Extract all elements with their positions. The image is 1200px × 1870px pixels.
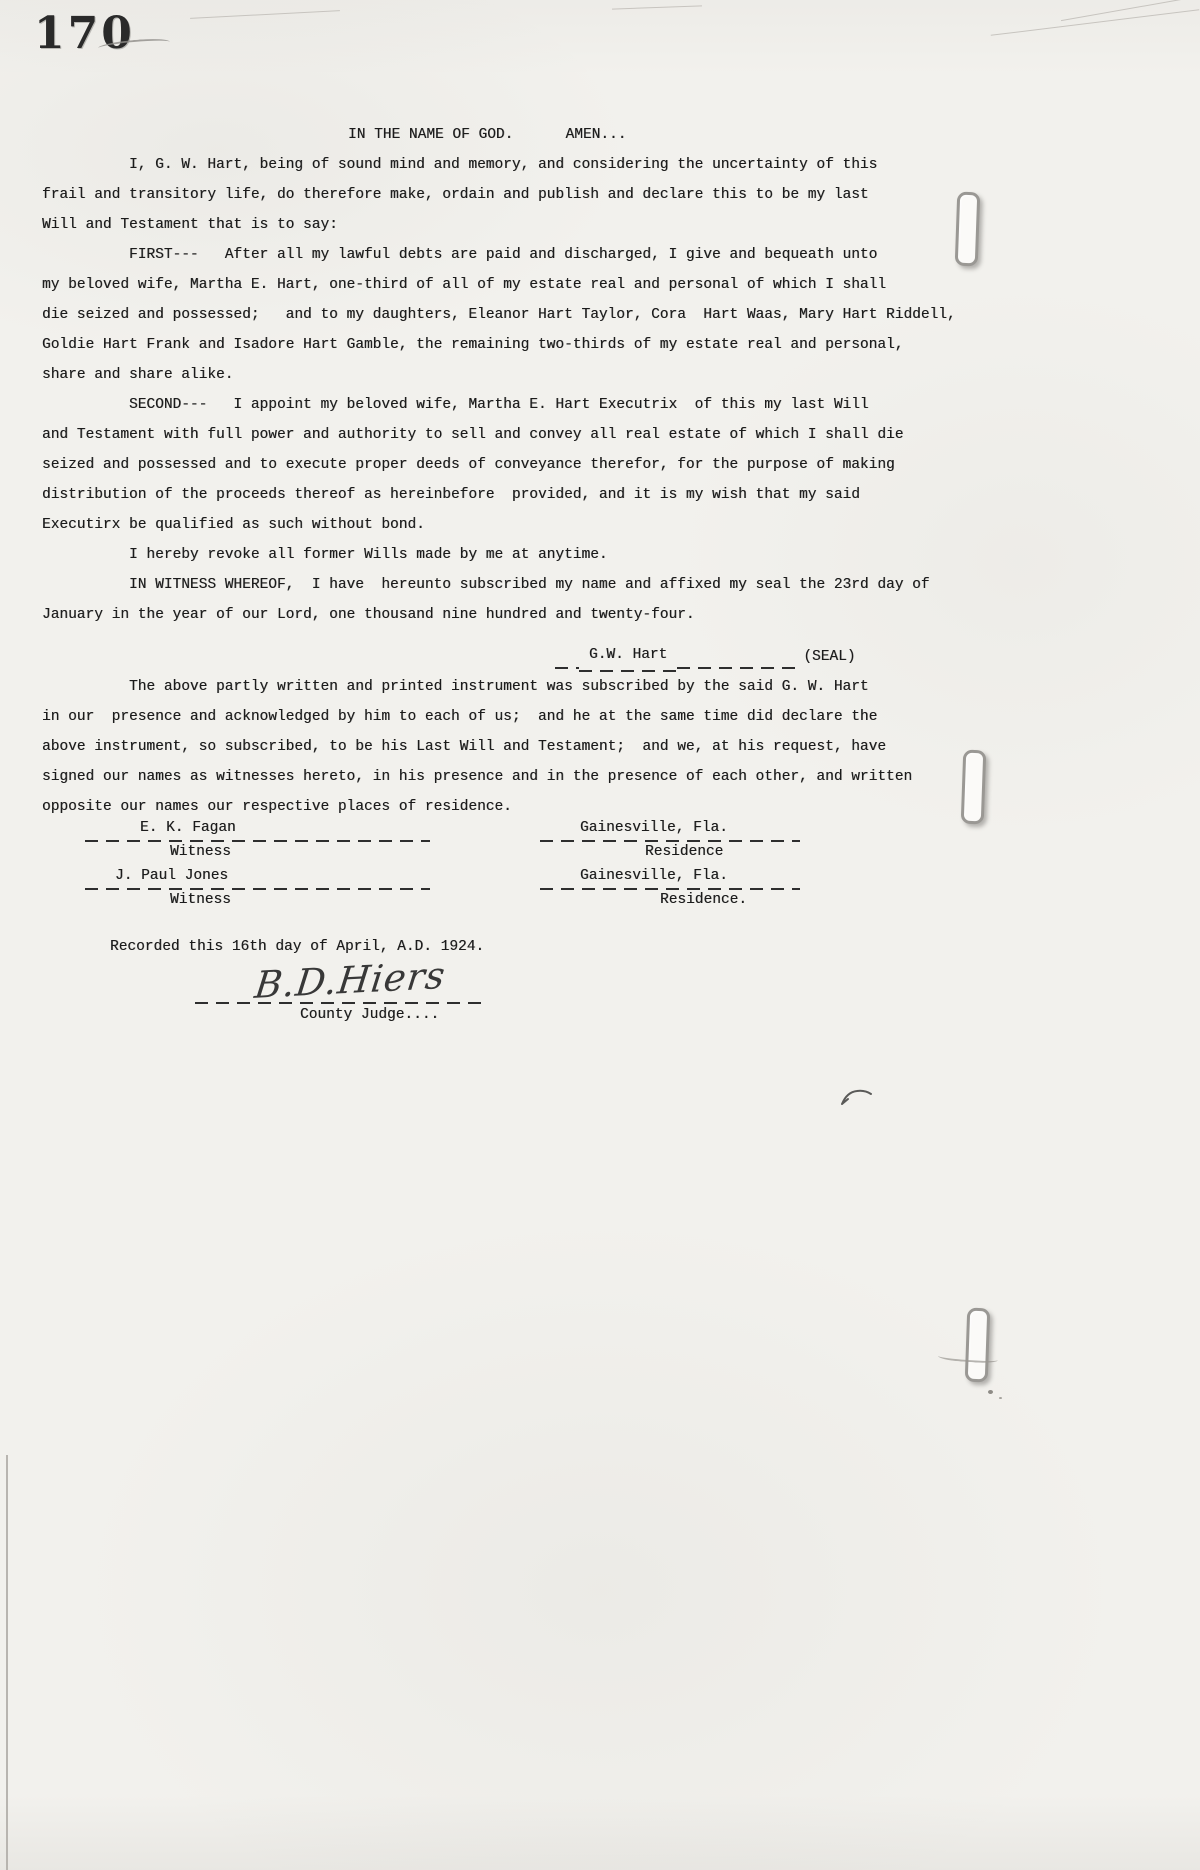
- text-line: my beloved wife, Martha E. Hart, one-thi…: [42, 270, 980, 300]
- scan-specks: [988, 1390, 993, 1394]
- residence-label: Residence: [540, 842, 800, 862]
- pen-check-mark: [840, 1088, 874, 1113]
- text-line: seized and possessed and to execute prop…: [42, 450, 980, 480]
- text-line: SECOND--- I appoint my beloved wife, Mar…: [42, 390, 980, 420]
- page-number: 170: [34, 8, 135, 59]
- text-line: above instrument, so subscribed, to be h…: [42, 732, 980, 762]
- seal-label: (SEAL): [803, 642, 855, 672]
- witness-row: J. Paul Jones Witness Gainesville, Fla. …: [42, 864, 980, 910]
- text-line: distribution of the proceeds thereof as …: [42, 480, 980, 510]
- recording-block: Recorded this 16th day of April, A.D. 19…: [42, 932, 980, 1026]
- paragraph: I, G. W. Hart, being of sound mind and m…: [42, 150, 980, 240]
- paragraphs-after-seal: The above partly written and printed ins…: [42, 672, 980, 822]
- text-line: die seized and possessed; and to my daug…: [42, 300, 980, 330]
- text-line: in our presence and acknowledged by him …: [42, 702, 980, 732]
- paragraph: SECOND--- I appoint my beloved wife, Mar…: [42, 390, 980, 540]
- scan-scratch: [612, 5, 702, 9]
- paragraph: IN WITNESS WHEREOF, I have hereunto subs…: [42, 570, 980, 630]
- witness-label: Witness: [85, 842, 430, 862]
- text-line: frail and transitory life, do therefore …: [42, 180, 980, 210]
- text-line: signed our names as witnesses hereto, in…: [42, 762, 980, 792]
- text-line: FIRST--- After all my lawful debts are p…: [42, 240, 980, 270]
- scan-binding-artifact: [955, 192, 981, 267]
- document-title: IN THE NAME OF GOD. AMEN...: [348, 120, 980, 150]
- scan-edge-line: [6, 1455, 8, 1870]
- county-judge-label: County Judge....: [300, 1004, 980, 1026]
- paragraph: The above partly written and printed ins…: [42, 672, 980, 822]
- dash-segment: [677, 667, 795, 669]
- text-line: share and share alike.: [42, 360, 980, 390]
- witness-block: E. K. Fagan Witness Gainesville, Fla. Re…: [42, 816, 980, 910]
- witness-label: Witness: [85, 890, 430, 910]
- scan-binding-artifact: [961, 750, 987, 825]
- paragraph: FIRST--- After all my lawful debts are p…: [42, 240, 980, 390]
- text-line: Will and Testament that is to say:: [42, 210, 980, 240]
- scan-scratch: [190, 10, 340, 19]
- text-line: IN WITNESS WHEREOF, I have hereunto subs…: [42, 570, 980, 600]
- witness-name: E. K. Fagan: [85, 816, 430, 842]
- scan-smudge: [938, 1350, 999, 1364]
- witness-residence: Gainesville, Fla.: [540, 864, 800, 890]
- dash-segment: [555, 667, 579, 669]
- text-line: Goldie Hart Frank and Isadore Hart Gambl…: [42, 330, 980, 360]
- will-document: IN THE NAME OF GOD. AMEN... I, G. W. Har…: [42, 120, 980, 1026]
- testator-signature: G.W. Hart: [579, 640, 677, 672]
- text-line: Executirx be qualified as such without b…: [42, 510, 980, 540]
- text-line: I, G. W. Hart, being of sound mind and m…: [42, 150, 980, 180]
- text-line: The above partly written and printed ins…: [42, 672, 980, 702]
- residence-label: Residence.: [540, 890, 800, 910]
- text-line: January in the year of our Lord, one tho…: [42, 600, 980, 630]
- testator-signature-line: G.W. Hart (SEAL): [555, 642, 980, 672]
- text-line: and Testament with full power and author…: [42, 420, 980, 450]
- scan-binding-artifact: [965, 1308, 991, 1383]
- text-line: I hereby revoke all former Wills made by…: [42, 540, 980, 570]
- paragraph: I hereby revoke all former Wills made by…: [42, 540, 980, 570]
- witness-row: E. K. Fagan Witness Gainesville, Fla. Re…: [42, 816, 980, 862]
- witness-residence: Gainesville, Fla.: [540, 816, 800, 842]
- paragraphs-before-seal: I, G. W. Hart, being of sound mind and m…: [42, 150, 980, 630]
- witness-name: J. Paul Jones: [85, 864, 430, 890]
